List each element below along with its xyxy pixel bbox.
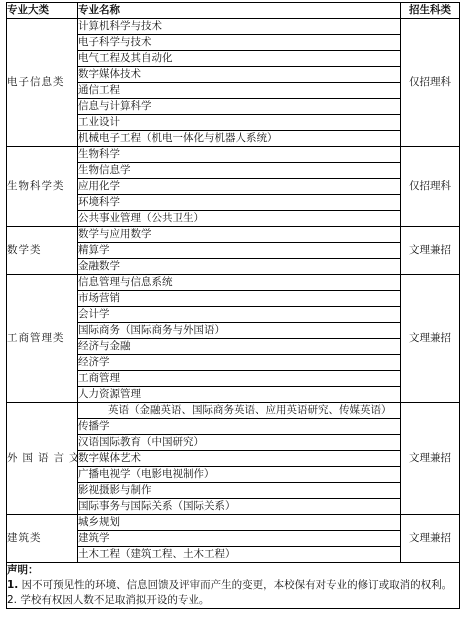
note-text: 因不可预见性的环境、信息回馈及评审而产生的变更，本校保有对专业的修订或取消的权利… xyxy=(22,579,453,591)
category-cell: 建筑类 xyxy=(7,515,78,563)
table-row: 工商管理类 信息管理与信息系统 文理兼招 xyxy=(7,275,460,291)
header-admission: 招生科类 xyxy=(401,3,460,19)
major-cell: 金融数学 xyxy=(78,259,401,275)
major-cell: 汉语国际教育（中国研究） xyxy=(78,435,401,451)
admission-cell: 文理兼招 xyxy=(401,515,460,563)
major-cell: 土木工程（建筑工程、土木工程） xyxy=(78,547,401,563)
table-row: 数学类 数学与应用数学 文理兼招 xyxy=(7,227,460,243)
major-cell: 传播学 xyxy=(78,419,401,435)
category-cell: 生物科学类 xyxy=(7,147,78,227)
major-cell: 国际事务与国际关系（国际关系） xyxy=(78,499,401,515)
major-cell: 精算学 xyxy=(78,243,401,259)
major-cell: 电子科学与技术 xyxy=(78,35,401,51)
notes-title: 声明： xyxy=(7,563,459,578)
major-cell: 生物信息学 xyxy=(78,163,401,179)
major-cell: 会计学 xyxy=(78,307,401,323)
category-cell: 数学类 xyxy=(7,227,78,275)
major-cell: 数字媒体艺术 xyxy=(78,451,401,467)
major-cell: 人力资源管理 xyxy=(78,387,401,403)
major-cell: 城乡规划 xyxy=(78,515,401,531)
notes-cell: 声明： 1. 因不可预见性的环境、信息回馈及评审而产生的变更，本校保有对专业的修… xyxy=(7,563,460,609)
note-number: 2. xyxy=(7,594,17,606)
admission-cell: 文理兼招 xyxy=(401,227,460,275)
major-cell: 英语（金融英语、国际商务英语、应用英语研究、传媒英语） xyxy=(78,403,401,419)
notes-row: 声明： 1. 因不可预见性的环境、信息回馈及评审而产生的变更，本校保有对专业的修… xyxy=(7,563,460,609)
admission-cell: 文理兼招 xyxy=(401,275,460,403)
table-row: 生物科学类 生物科学 仅招理科 xyxy=(7,147,460,163)
note-number: 1. xyxy=(7,579,18,591)
header-major: 专业名称 xyxy=(78,3,401,19)
major-cell: 信息管理与信息系统 xyxy=(78,275,401,291)
major-cell: 数学与应用数学 xyxy=(78,227,401,243)
note-item: 2. 学校有权因人数不足取消拟开设的专业。 xyxy=(7,593,459,608)
majors-document: 专业大类 专业名称 招生科类 电子信息类 计算机科学与技术 仅招理科 电子科学与… xyxy=(6,2,459,609)
note-text: 学校有权因人数不足取消拟开设的专业。 xyxy=(20,594,209,606)
note-item: 1. 因不可预见性的环境、信息回馈及评审而产生的变更，本校保有对专业的修订或取消… xyxy=(7,578,459,593)
major-cell: 工业设计 xyxy=(78,115,401,131)
major-cell: 国际商务（国际商务与外国语） xyxy=(78,323,401,339)
major-cell: 经济学 xyxy=(78,355,401,371)
admission-cell: 仅招理科 xyxy=(401,19,460,147)
major-cell: 建筑学 xyxy=(78,531,401,547)
major-cell: 通信工程 xyxy=(78,83,401,99)
major-cell: 应用化学 xyxy=(78,179,401,195)
major-cell: 环境科学 xyxy=(78,195,401,211)
major-cell: 影视摄影与制作 xyxy=(78,483,401,499)
header-category: 专业大类 xyxy=(7,3,78,19)
table-row: 建筑类 城乡规划 文理兼招 xyxy=(7,515,460,531)
table-header-row: 专业大类 专业名称 招生科类 xyxy=(7,3,460,19)
major-cell: 工商管理 xyxy=(78,371,401,387)
major-cell: 经济与金融 xyxy=(78,339,401,355)
category-cell: 电子信息类 xyxy=(7,19,78,147)
major-cell: 公共事业管理（公共卫生） xyxy=(78,211,401,227)
admission-cell: 文理兼招 xyxy=(401,403,460,515)
major-cell: 信息与计算科学 xyxy=(78,99,401,115)
table-row: 电子信息类 计算机科学与技术 仅招理科 xyxy=(7,19,460,35)
major-cell: 广播电视学（电影电视制作） xyxy=(78,467,401,483)
major-cell: 电气工程及其自动化 xyxy=(78,51,401,67)
major-cell: 计算机科学与技术 xyxy=(78,19,401,35)
category-cell: 外国语言文学类 xyxy=(7,403,78,515)
major-cell: 市场营销 xyxy=(78,291,401,307)
admission-cell: 仅招理科 xyxy=(401,147,460,227)
category-cell: 工商管理类 xyxy=(7,275,78,403)
table-row: 外国语言文学类 英语（金融英语、国际商务英语、应用英语研究、传媒英语） 文理兼招 xyxy=(7,403,460,419)
majors-table: 专业大类 专业名称 招生科类 电子信息类 计算机科学与技术 仅招理科 电子科学与… xyxy=(6,2,460,609)
major-cell: 数字媒体技术 xyxy=(78,67,401,83)
major-cell: 生物科学 xyxy=(78,147,401,163)
major-cell: 机械电子工程（机电一体化与机器人系统） xyxy=(78,131,401,147)
